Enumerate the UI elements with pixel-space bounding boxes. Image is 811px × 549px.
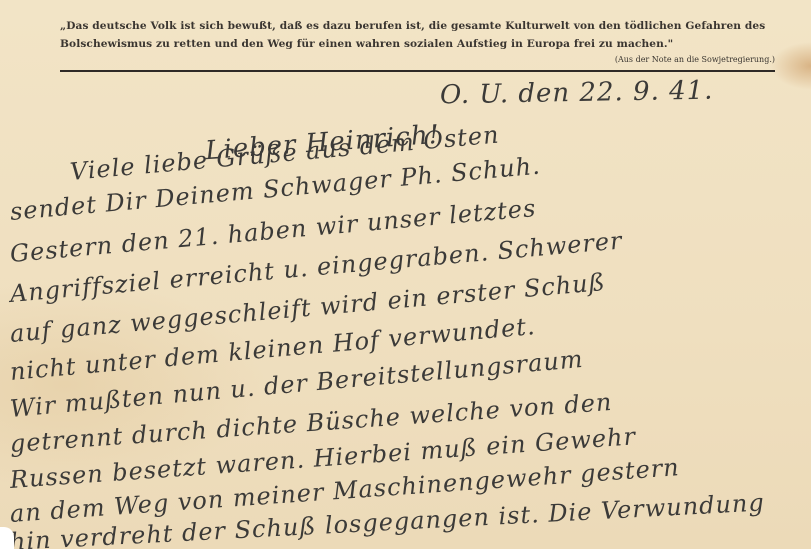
printed-header-quote: „Das deutsche Volk ist sich bewußt, daß … [60, 17, 780, 53]
handwritten-dateline: O. U. den 22. 9. 41. [440, 76, 714, 111]
torn-corner [0, 527, 14, 549]
letter-page: „Das deutsche Volk ist sich bewußt, daß … [0, 0, 811, 549]
printed-header-source: (Aus der Note an die Sowjetregierung.) [615, 55, 775, 64]
header-divider [60, 70, 775, 72]
